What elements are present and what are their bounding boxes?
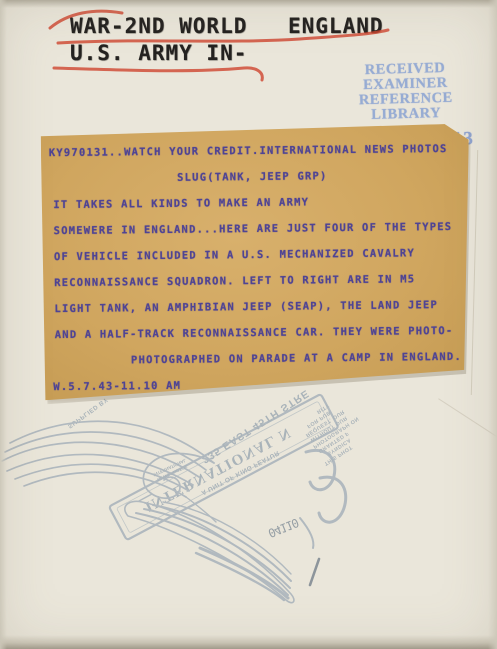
svg-text:NEWS PHOTOS: NEWS PHOTOS	[156, 464, 188, 482]
address-text-mirrored: 235 EAST 45TH STRE	[199, 387, 311, 466]
paper-edge-bottom	[0, 635, 497, 649]
caption-line: SLUG(TANK, JEEP GRP)	[177, 162, 471, 191]
banner-title-mirrored: INTERNATIONAL N	[142, 424, 294, 515]
banner-subtitle-mirrored: A UNIT OF KING FEATUR	[200, 449, 281, 496]
svg-text:RITY: RITY	[315, 402, 330, 415]
eagle-emblem-text: INTERNATIONAL NEWS PHOTOS	[153, 458, 190, 483]
paper-edge-right	[488, 0, 497, 649]
caption-slip: KY970131..WATCH YOUR CREDIT.INTERNATIONA…	[41, 124, 474, 402]
caption-line: PHOTOGRAPHED ON PARADE AT A CAMP IN ENGL…	[131, 344, 473, 374]
eagle-head	[139, 454, 216, 522]
paper-crease	[471, 150, 478, 395]
svg-text:INTERNATIONAL: INTERNATIONAL	[153, 458, 188, 478]
red-underline-line2	[54, 68, 262, 80]
handwritten-mark: 04110	[266, 515, 319, 585]
svg-text:04110: 04110	[266, 515, 301, 540]
library-stamp-line2: REFERENCE LIBRARY	[326, 90, 487, 124]
svg-text:PHOTOGRAPH ON: PHOTOGRAPH ON	[312, 415, 360, 449]
svg-text:THIS PHOT: THIS PHOT	[323, 444, 354, 467]
svg-text:235 EAST 45TH STRE: 235 EAST 45TH STRE	[199, 387, 311, 466]
eagle-wing	[2, 421, 214, 497]
svg-text:REQUEST. OUR: REQUEST. OUR	[304, 408, 345, 438]
caption-slip-text: KY970131..WATCH YOUR CREDIT.INTERNATIONA…	[41, 124, 474, 402]
svg-text:GRANTED F: GRANTED F	[317, 430, 350, 454]
paper-crease	[438, 398, 497, 442]
eagle-emblem: INTERNATIONAL NEWS PHOTOS	[2, 421, 294, 602]
svg-text:SYNDICA: SYNDICA	[326, 437, 352, 457]
eagle-tail-fan	[125, 501, 294, 602]
typed-subject-line2: U.S. ARMY IN-	[70, 41, 247, 65]
typed-subject-line1-right: ENGLAND	[288, 14, 384, 38]
svg-text:FOR PUB: FOR PUB	[306, 409, 332, 429]
typed-subject-line1-left: WAR-2ND WORLD	[70, 14, 247, 38]
paper-edge-top	[0, 0, 497, 8]
fine-print-mirrored: THIS PHOT SYNDICA GRANTED F PHOTOGRAPH O…	[297, 392, 371, 466]
library-stamp-line1: RECEIVED EXAMINER	[325, 60, 486, 94]
ribbon-banner: INTERNATIONAL N A UNIT OF KING FEATUR	[109, 394, 339, 540]
svg-text:WITHOUT OUR: WITHOUT OUR	[309, 415, 348, 443]
ribbon-scroll-end	[300, 450, 346, 548]
press-photo-back-scan: WAR-2ND WORLD ENGLAND U.S. ARMY IN- RECE…	[0, 0, 497, 649]
paper-edge-left	[0, 0, 7, 649]
pen-slash-mark	[310, 559, 319, 585]
caption-line: KY970131..WATCH YOUR CREDIT.INTERNATIONA…	[49, 136, 471, 166]
